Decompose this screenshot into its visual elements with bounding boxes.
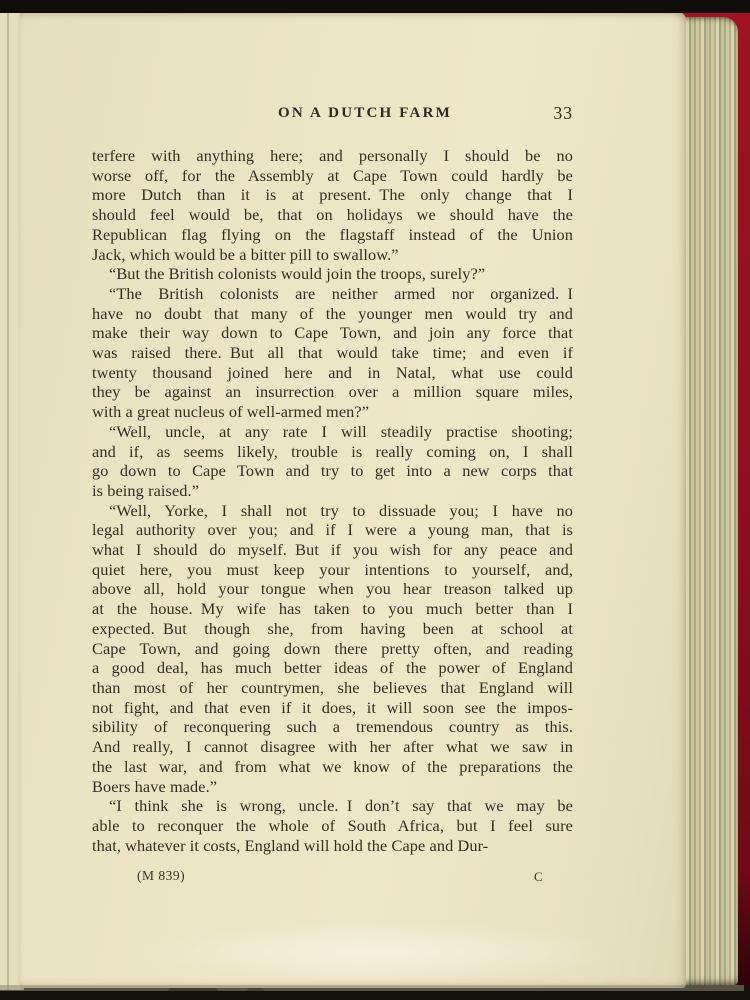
text-line: go down to Cape Town and try to get into… <box>92 461 573 481</box>
paragraph: “I think she is wrong, uncle. I don’t sa… <box>92 796 573 855</box>
text-line: able to reconquer the whole of South Afr… <box>92 816 573 836</box>
paragraph: “Well, uncle, at any rate I will steadil… <box>92 422 573 501</box>
printer-mark: (M 839) <box>137 868 185 884</box>
scan-glare <box>130 920 630 984</box>
running-header: ON A DUTCH FARM <box>278 105 452 122</box>
page-header: ON A DUTCH FARM 33 <box>20 105 686 127</box>
text-line: quiet here, you must keep your intention… <box>92 560 573 580</box>
text-line: “Well, uncle, at any rate I will steadil… <box>92 422 573 442</box>
text-line: have no doubt that many of the younger m… <box>92 304 573 324</box>
text-line: what I should do myself. But if you wish… <box>92 540 573 560</box>
text-line: twenty thousand joined here and in Natal… <box>92 363 573 383</box>
text-line: Jack, which would be a bitter pill to sw… <box>92 245 573 265</box>
text-line: And really, I cannot disagree with her a… <box>92 737 573 757</box>
text-line: a good deal, has much better ideas of th… <box>92 658 573 678</box>
text-line: more Dutch than it is at present. The on… <box>92 185 573 205</box>
scanned-book-photo: ON A DUTCH FARM 33 terfere with anything… <box>0 0 750 1000</box>
page-crease-line <box>7 10 9 990</box>
text-line: worse off, for the Assembly at Cape Town… <box>92 166 573 186</box>
text-line: should feel would be, that on holidays w… <box>92 205 573 225</box>
text-line: “I think she is wrong, uncle. I don’t sa… <box>92 796 573 816</box>
text-line: “But the British colonists would join th… <box>92 264 573 284</box>
text-line: and if, as seems likely, trouble is real… <box>92 442 573 462</box>
text-line: terfere with anything here; and personal… <box>92 146 573 166</box>
text-line: was raised there. But all that would tak… <box>92 343 573 363</box>
photo-bottom-band <box>0 991 750 1000</box>
text-line: with a great nucleus of well-armed men?” <box>92 402 573 422</box>
text-line: at the house. My wife has taken to you m… <box>92 599 573 619</box>
text-line: Boers have made.” <box>92 777 573 797</box>
text-line: legal authority over you; and if I were … <box>92 520 573 540</box>
text-line: than most of her countrymen, she believe… <box>92 678 573 698</box>
text-line: Cape Town, and going down there pretty o… <box>92 639 573 659</box>
book-page: ON A DUTCH FARM 33 terfere with anything… <box>20 12 686 988</box>
paragraph: terfere with anything here; and personal… <box>92 146 573 264</box>
text-line: not fight, and that even if it does, it … <box>92 698 573 718</box>
text-line: expected. But though she, from having be… <box>92 619 573 639</box>
page-number: 33 <box>539 103 573 124</box>
text-line: make their way down to Cape Town, and jo… <box>92 323 573 343</box>
text-line: above all, hold your tongue when you hea… <box>92 579 573 599</box>
text-line: that, whatever it costs, England will ho… <box>92 836 573 856</box>
text-line: sibility of reconquering such a tremendo… <box>92 717 573 737</box>
text-line: they be against an insurrection over a m… <box>92 382 573 402</box>
paragraph: “Well, Yorke, I shall not try to dissuad… <box>92 501 573 797</box>
paragraph: “But the British colonists would join th… <box>92 264 573 284</box>
paragraph: “The British colonists are neither armed… <box>92 284 573 422</box>
book-fore-edge-pages <box>681 17 738 985</box>
text-line: “The British colonists are neither armed… <box>92 284 573 304</box>
text-line: “Well, Yorke, I shall not try to dissuad… <box>92 501 573 521</box>
text-line: is being raised.” <box>92 481 573 501</box>
text-line: Republican flag flying on the flagstaff … <box>92 225 573 245</box>
text-line: the last war, and from what we know of t… <box>92 757 573 777</box>
page-body-text: terfere with anything here; and personal… <box>92 146 573 855</box>
signature-mark: C <box>534 869 543 885</box>
photo-top-band <box>0 0 750 13</box>
